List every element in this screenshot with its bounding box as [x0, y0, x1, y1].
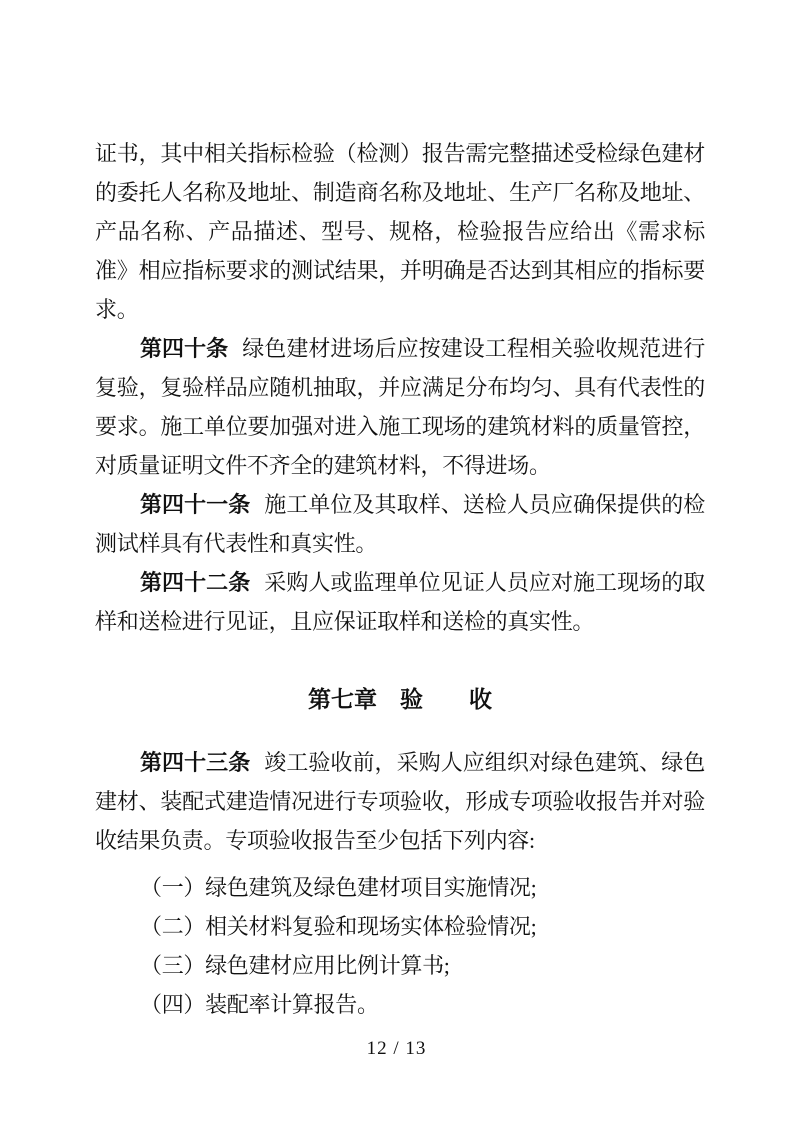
article-paragraph: 第四十一条施工单位及其取样、送检人员应确保提供的检测试样具有代表性和真实性。 [95, 485, 705, 563]
list-item: （三）绿色建材应用比例计算书; [95, 946, 705, 985]
numbered-list: （一）绿色建筑及绿色建材项目实施情况; （二）相关材料复验和现场实体检验情况; … [95, 868, 705, 1024]
page-body: 证书，其中相关指标检验（检测）报告需完整描述受检绿色建材的委托人名称及地址、制造… [95, 134, 705, 1024]
article-paragraph: 第四十二条采购人或监理单位见证人员应对施工现场的取样和送检进行见证，且应保证取样… [95, 563, 705, 641]
list-item: （一）绿色建筑及绿色建材项目实施情况; [95, 868, 705, 907]
article-number-label: 第四十二条 [140, 570, 250, 595]
list-item: （四）装配率计算报告。 [95, 985, 705, 1024]
document-page: 证书，其中相关指标检验（检测）报告需完整描述受检绿色建材的委托人名称及地址、制造… [0, 0, 793, 1128]
page-number: 12 / 13 [0, 1038, 793, 1060]
chapter-heading: 第七章 验 收 [95, 680, 705, 719]
article-number-label: 第四十一条 [140, 492, 250, 517]
article-paragraph: 第四十条绿色建材进场后应按建设工程相关验收规范进行复验，复验样品应随机抽取，并应… [95, 329, 705, 485]
article-number-label: 第四十三条 [140, 750, 250, 775]
article-paragraph: 第四十三条竣工验收前，采购人应组织对绿色建筑、绿色建材、装配式建造情况进行专项验… [95, 743, 705, 860]
document-viewport: { "document": { "continuation_paragraph"… [0, 0, 793, 1128]
continuation-paragraph: 证书，其中相关指标检验（检测）报告需完整描述受检绿色建材的委托人名称及地址、制造… [95, 134, 705, 329]
article-number-label: 第四十条 [140, 336, 228, 361]
list-item: （二）相关材料复验和现场实体检验情况; [95, 907, 705, 946]
